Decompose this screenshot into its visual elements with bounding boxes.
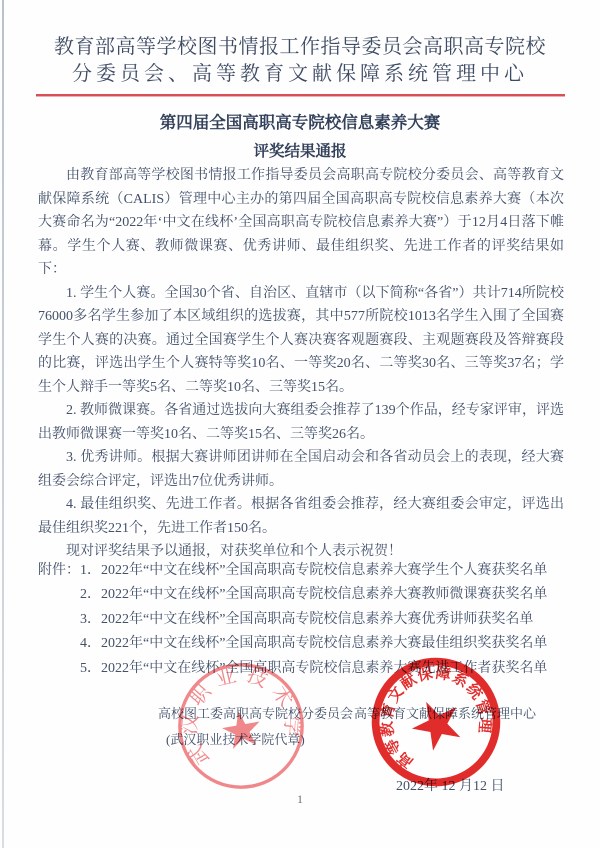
seal-left-graphic: 武汉职业技术学院: [163, 648, 318, 803]
header-line-1: 教育部高等学校图书情报工作指导委员会高职高专院校: [0, 34, 600, 61]
attachment-item-2: 2．2022年“中文在线杯”全国高职高专院校信息素养大赛教师微课赛获奖名单: [80, 583, 568, 607]
document-body: 由教育部高等学校图书情报工作指导委员会高职高专院校分委员会、高等教育文献保障系统…: [38, 164, 564, 564]
document-page: 教育部高等学校图书情报工作指导委员会高职高专院校 分委员会、高等教育文献保障系统…: [0, 0, 600, 848]
paragraph-intro: 由教育部高等学校图书情报工作指导委员会高职高专院校分委员会、高等教育文献保障系统…: [38, 164, 564, 282]
attachments-label: 附件：: [38, 559, 80, 583]
paragraph-excellent-lecturer: 3. 优秀讲师。根据大赛讲师团讲师在全国启动会和各省动员会上的表现，经大赛组委会…: [38, 446, 564, 493]
paragraph-teacher-microcourse: 2. 教师微课赛。各省通过选拔向大赛组委会推荐了139个作品，经专家评审，评选出…: [38, 399, 564, 446]
page-number: 1: [0, 792, 600, 807]
attachment-item-3: 3．2022年“中文在线杯”全国高职高专院校信息素养大赛优秀讲师获奖名单: [80, 608, 568, 632]
seal-left-star: [220, 708, 264, 750]
attachment-item-4: 4．2022年“中文在线杯”全国高职高专院校信息素养大赛最佳组织奖获奖名单: [80, 632, 568, 656]
document-title: 第四届全国高职高专院校信息素养大赛: [0, 109, 600, 133]
document-subtitle: 评奖结果通报: [0, 139, 600, 161]
issuing-authority-header: 教育部高等学校图书情报工作指导委员会高职高专院校 分委员会、高等教育文献保障系统…: [0, 34, 600, 88]
header-line-2: 分委员会、高等教育文献保障系统管理中心: [0, 61, 600, 88]
paragraph-student-individual: 1. 学生个人赛。全国30个省、自治区、直辖市（以下简称“各省”）共计714所院…: [38, 282, 564, 400]
seal-right-star: [404, 691, 469, 755]
red-divider-line: [36, 94, 565, 96]
attachment-item-1: 1．2022年“中文在线杯”全国高职高专院校信息素养大赛学生个人赛获奖名单: [80, 559, 547, 583]
attachments-list: 附件： 1．2022年“中文在线杯”全国高职高专院校信息素养大赛学生个人赛获奖名…: [38, 559, 568, 681]
attachment-row-1: 附件： 1．2022年“中文在线杯”全国高职高专院校信息素养大赛学生个人赛获奖名…: [38, 559, 568, 583]
seal-left-wuhan-college: 武汉职业技术学院: [163, 648, 318, 803]
paragraph-best-organization: 4. 最佳组织奖、先进工作者。根据各省组委会推荐，经大赛组委会审定，评选出最佳组…: [38, 493, 564, 540]
attachment-item-5: 5．2022年“中文在线杯”全国高职高专院校信息素养大赛先进工作者获奖名单: [80, 657, 568, 681]
